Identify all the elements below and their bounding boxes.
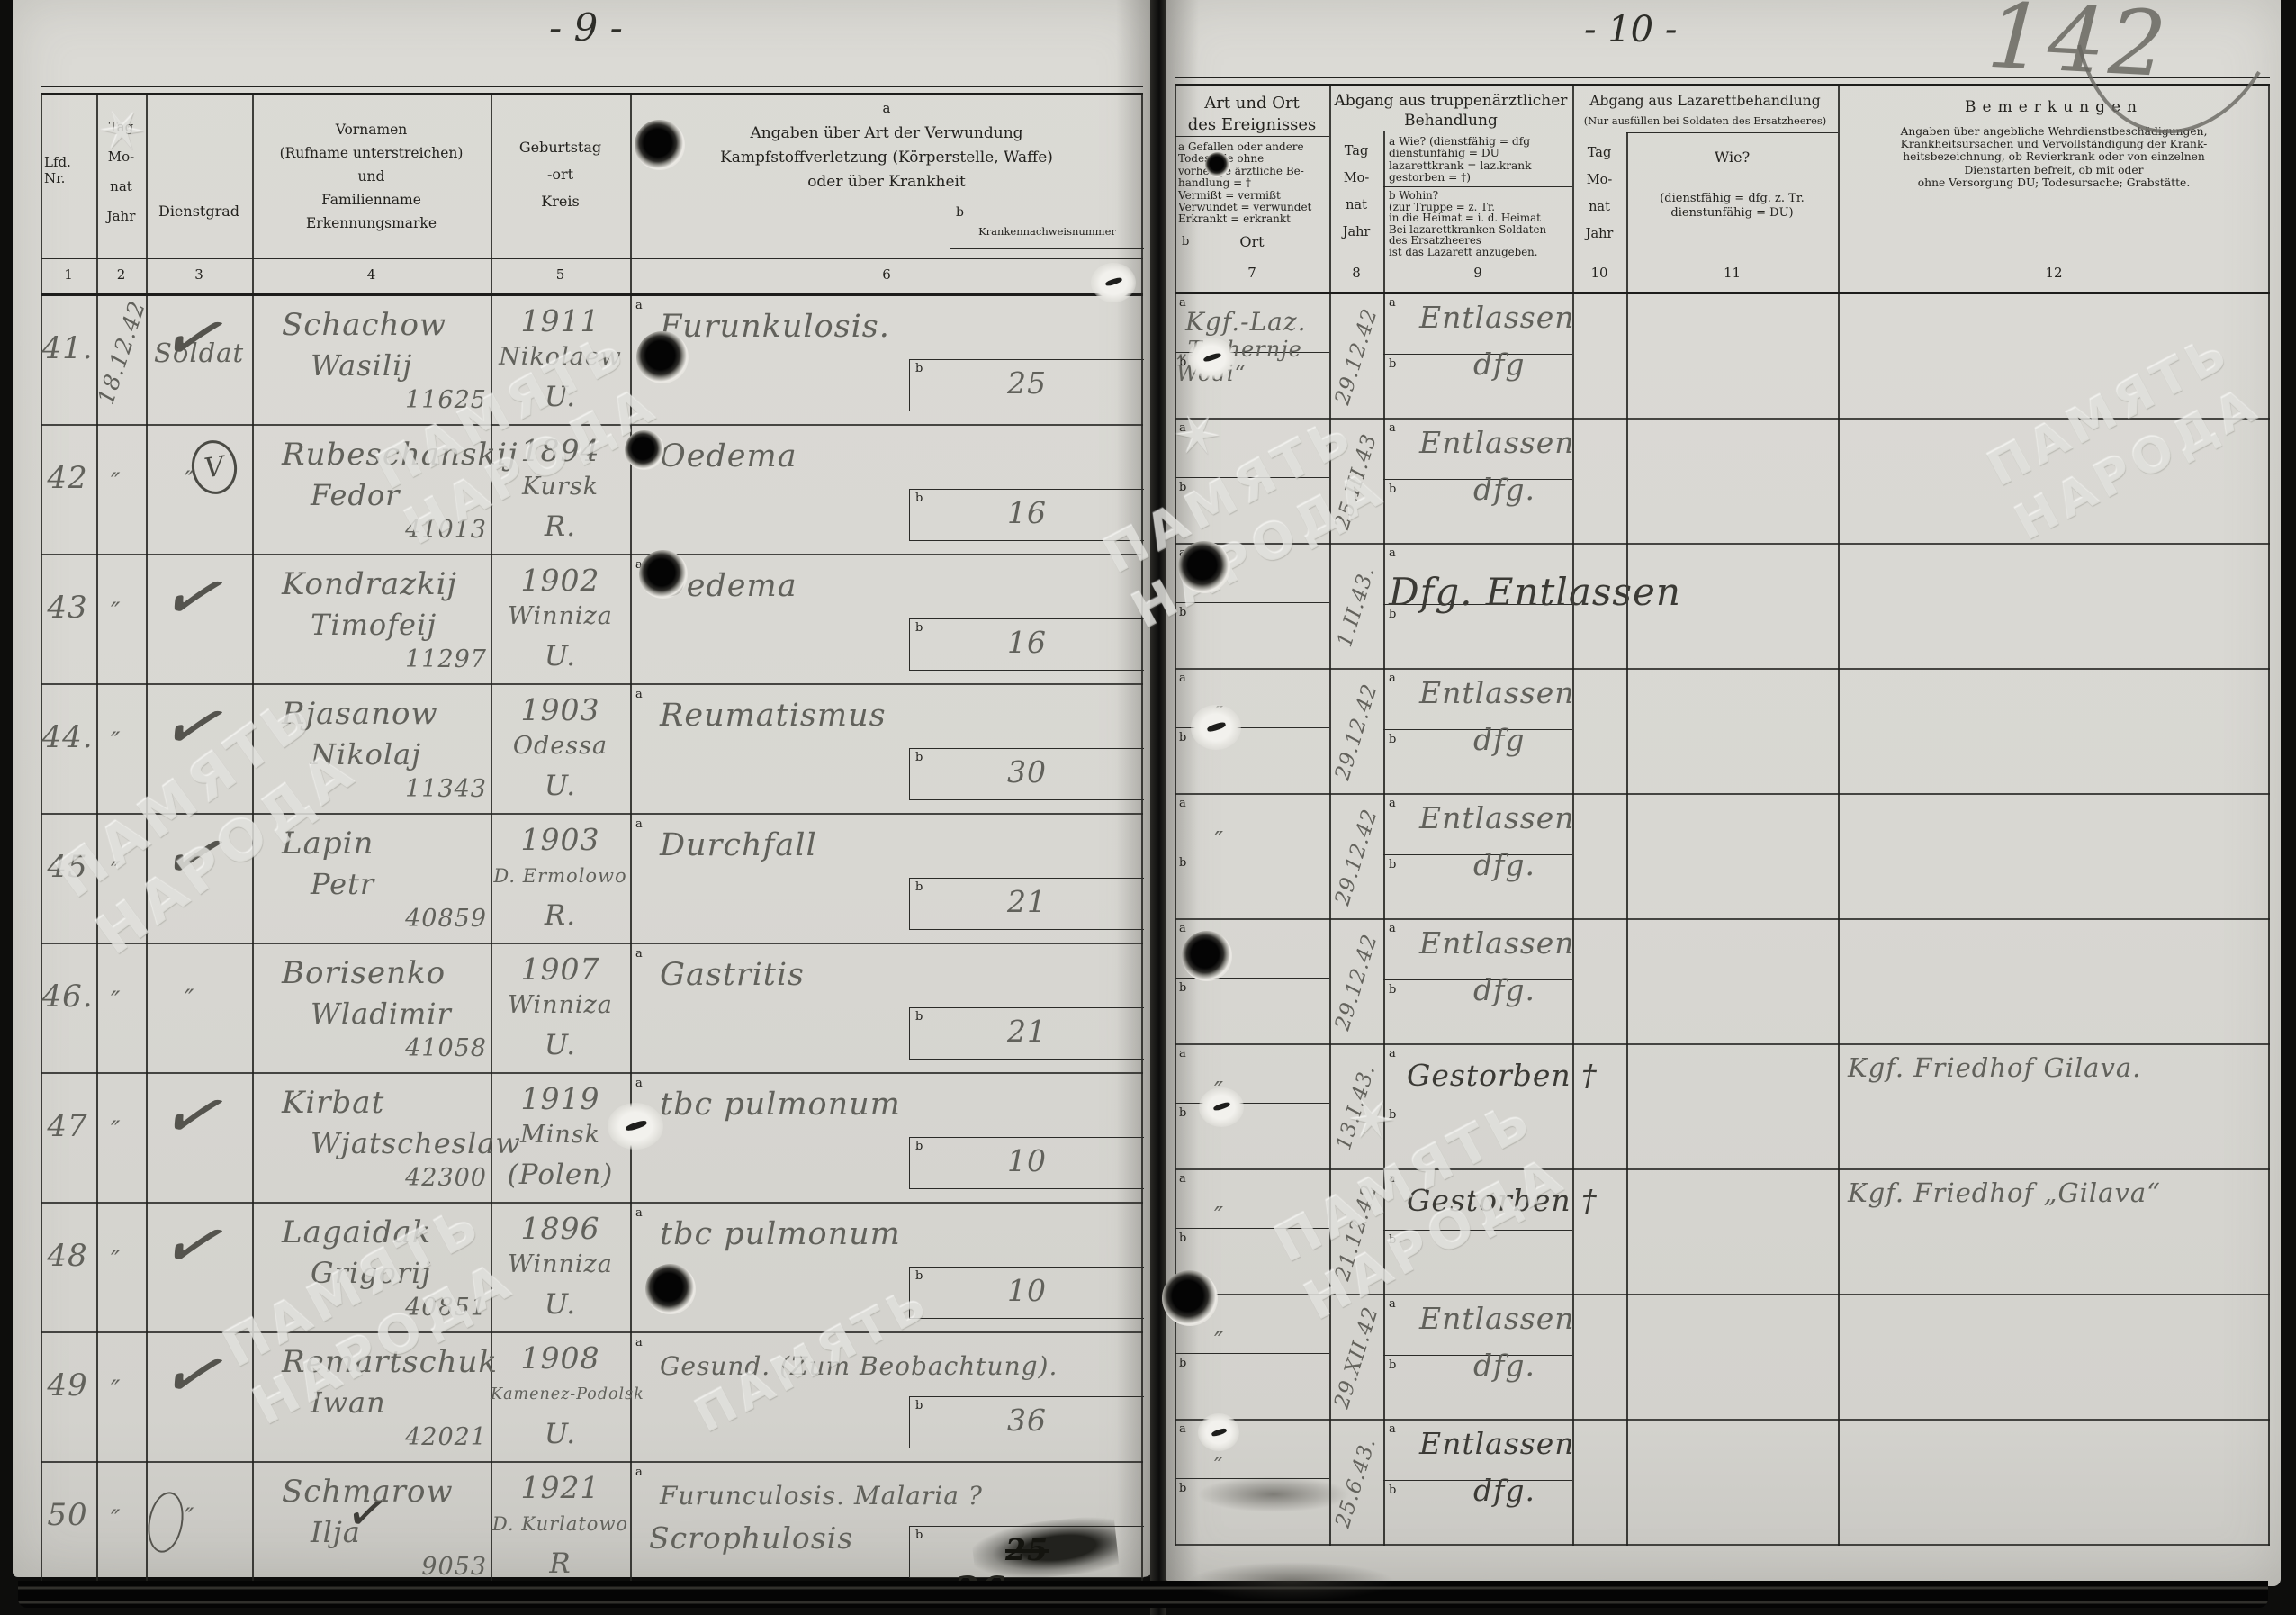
krankennachweis-number-box: b16 bbox=[909, 489, 1144, 541]
header-krankennachweis-box: b Krankennachweisnummer bbox=[950, 203, 1144, 249]
abgang-date: 25.III.43 bbox=[1329, 420, 1383, 543]
krankennachweis-number: 36 bbox=[910, 1403, 1144, 1438]
column-rule bbox=[1175, 86, 1176, 257]
first-name: Grigorij bbox=[311, 1256, 431, 1290]
diagnosis: tbc pulmonum bbox=[660, 1087, 901, 1123]
krankennachweis-number: 21 bbox=[910, 1014, 1144, 1049]
diagnosis: Furunkulosis. bbox=[660, 309, 890, 345]
abgang-wie: Gestorben † bbox=[1407, 1183, 1598, 1218]
birth-place: Nikolaew bbox=[491, 343, 630, 371]
first-name: Petr bbox=[311, 867, 374, 901]
sub-label-a: a bbox=[635, 688, 643, 701]
page-right: - 10 - Art und Ort des Ereignisses a Gef… bbox=[1165, 0, 2281, 1586]
birth-year: 1903 bbox=[491, 822, 630, 857]
pencil-check-mark: ✓ bbox=[150, 1329, 244, 1421]
first-name: Fedor bbox=[311, 478, 400, 512]
first-name: Wladimir bbox=[311, 997, 452, 1031]
left-table-header: Lfd. Nr. Tag Mo- nat Jahr Dienstgrad Vor… bbox=[41, 95, 1143, 259]
birth-kreis: U. bbox=[491, 770, 630, 802]
entry-number: 44. bbox=[41, 719, 95, 755]
sub-label-b: b bbox=[1179, 606, 1186, 619]
abgang-date-text: 25.III.43 bbox=[1331, 430, 1382, 531]
divider bbox=[1383, 131, 1572, 131]
col-number: 7 bbox=[1175, 265, 1329, 281]
ditto-mark: ″ bbox=[1214, 827, 1224, 855]
right-table-body: abKgf.-Laz.„Tschernje Wodi“29.12.42abEnt… bbox=[1175, 294, 2270, 1546]
abgang-date: 13.I.43. bbox=[1329, 1045, 1383, 1168]
register-row-left: 44.″″✓RjasanowNikolaj113431903OdessaU.aR… bbox=[41, 685, 1143, 815]
birth-place: Winniza bbox=[491, 602, 630, 630]
sub-label-a: a bbox=[635, 299, 643, 312]
register-scan: - 9 - Lfd. Nr. Tag Mo- nat Jahr Dienstgr… bbox=[0, 0, 2296, 1615]
register-row-right: ab25.III.43abEntlassendfg. bbox=[1175, 420, 2270, 545]
column-rule bbox=[146, 95, 148, 258]
register-row-right: ab″29.12.42abEntlassendfg. bbox=[1175, 795, 2270, 920]
abgang-date-text: 29.12.42 bbox=[1330, 681, 1382, 782]
sub-label-b: b bbox=[1389, 357, 1396, 371]
id-tag-number: 11625 bbox=[363, 386, 487, 414]
divider bbox=[1383, 1105, 1572, 1105]
sub-label-b: b bbox=[1179, 481, 1186, 494]
register-row-right: ab″29.XII.42abEntlassendfg. bbox=[1175, 1295, 2270, 1421]
sub-label-b: b bbox=[1179, 731, 1186, 744]
abgang-wie: Dfg. Entlassen bbox=[1389, 570, 1681, 614]
birth-year: 1896 bbox=[491, 1211, 630, 1246]
abgang-wohin: dfg bbox=[1473, 347, 1525, 382]
abgang-wie: Entlassen bbox=[1419, 925, 1575, 961]
paper-tear bbox=[1191, 705, 1241, 750]
page-number-right: - 10 - bbox=[1584, 9, 1677, 50]
punch-hole bbox=[625, 430, 664, 470]
sub-label-b: b bbox=[1389, 1108, 1396, 1122]
punch-hole bbox=[1182, 931, 1232, 981]
sub-label-b: b bbox=[1179, 1106, 1186, 1120]
pencil-swash bbox=[2070, 36, 2268, 171]
abgang-date: 29.12.42 bbox=[1329, 920, 1383, 1043]
column-rule bbox=[1572, 86, 1574, 257]
column-rule bbox=[1572, 257, 1574, 292]
birth-year: 1908 bbox=[491, 1340, 630, 1376]
sub-label-a: a bbox=[1179, 922, 1186, 935]
entry-date: ″ bbox=[111, 1504, 121, 1534]
column-rule bbox=[41, 259, 42, 293]
column-rule bbox=[1329, 257, 1331, 292]
header-c6-b-label: b bbox=[956, 205, 964, 220]
column-rule bbox=[2268, 86, 2270, 257]
birth-place: Winniza bbox=[491, 991, 630, 1019]
diagnosis: Reumatismus bbox=[660, 698, 887, 734]
entry-number: 50 bbox=[41, 1497, 95, 1533]
sub-label-b: b bbox=[1179, 981, 1186, 995]
sub-label-a: a bbox=[1389, 1422, 1396, 1436]
header-wohin-legend: b Wohin? (zur Truppe = z. Tr. in die Hei… bbox=[1389, 190, 1572, 258]
punch-hole bbox=[1178, 541, 1230, 593]
register-row-right: ab″29.12.42abEntlassendfg. bbox=[1175, 920, 2270, 1045]
id-tag-number: 9053 bbox=[363, 1553, 487, 1581]
sub-label-b: b bbox=[1389, 1484, 1396, 1497]
abgang-wie: Gestorben † bbox=[1407, 1058, 1598, 1093]
header-lfd-nr: Lfd. Nr. bbox=[44, 154, 96, 186]
diagnosis-second: Scrophulosis bbox=[649, 1520, 853, 1556]
sub-label-b: b bbox=[1179, 856, 1186, 870]
register-row-left: 50″″✓SchmarowIlja90531921D. KurlatowoRaF… bbox=[41, 1463, 1143, 1592]
pencil-oval-mark bbox=[143, 1489, 187, 1556]
divider bbox=[1175, 1228, 1329, 1229]
abgang-date-text: 29.12.42 bbox=[1330, 806, 1382, 907]
abgang-date-text: 29.XII.42 bbox=[1330, 1304, 1383, 1411]
birth-year: 1919 bbox=[491, 1081, 630, 1116]
birth-kreis: U. bbox=[491, 640, 630, 672]
ink-smudge bbox=[1197, 1476, 1350, 1512]
sub-label-a: a bbox=[1179, 1047, 1186, 1060]
entry-number: 49 bbox=[41, 1367, 95, 1403]
divider bbox=[1175, 230, 1329, 230]
surname: Borisenko bbox=[282, 955, 446, 991]
divider bbox=[1626, 132, 1838, 133]
rank: ″ bbox=[185, 984, 194, 1014]
krankennachweis-number: 10 bbox=[910, 1273, 1144, 1308]
birth-kreis: R bbox=[491, 1547, 630, 1580]
column-rule bbox=[630, 95, 632, 258]
header-c6-a-label: a bbox=[630, 100, 1143, 116]
punch-hole bbox=[636, 331, 689, 383]
register-row-right: ab1.II.43.abDfg. Entlassen bbox=[1175, 545, 2270, 670]
diagnosis: Gastritis bbox=[660, 957, 805, 993]
id-tag-number: 40851 bbox=[363, 1294, 487, 1322]
surname: Schmarow bbox=[282, 1474, 454, 1510]
circled-v-mark: V bbox=[188, 438, 240, 497]
ink-smudge bbox=[1188, 1562, 1395, 1601]
entry-number: 48 bbox=[41, 1238, 95, 1274]
birth-place: Odessa bbox=[491, 732, 630, 760]
sub-label-a: a bbox=[1389, 546, 1396, 560]
krankennachweis-number-box: b36 bbox=[909, 1396, 1144, 1448]
col-number: 11 bbox=[1626, 265, 1838, 281]
register-row-right: ab″21.12.42abGestorben †Kgf. Friedhof „G… bbox=[1175, 1170, 2270, 1295]
krankennachweis-number-box: b21 bbox=[909, 1007, 1144, 1060]
event-type: Kgf.-Laz. bbox=[1185, 307, 1307, 337]
divider bbox=[1175, 136, 1329, 137]
diagnosis: Gesund. (Zum Beobachtung). bbox=[660, 1351, 1058, 1381]
paper-tear bbox=[608, 1103, 663, 1150]
col-number: 8 bbox=[1329, 265, 1383, 281]
diagnosis: tbc pulmonum bbox=[660, 1216, 901, 1252]
col-number: 9 bbox=[1383, 265, 1572, 281]
surname: Kirbat bbox=[282, 1085, 384, 1121]
surname: Rubeschanskij bbox=[282, 437, 518, 473]
ditto-mark: ″ bbox=[1214, 1328, 1224, 1356]
header-krankennachweisnummer: Krankennachweisnummer bbox=[950, 225, 1144, 238]
header-ort: Ort bbox=[1175, 233, 1329, 250]
punch-hole bbox=[645, 1264, 696, 1314]
first-name: Nikolaj bbox=[311, 737, 421, 771]
abgang-wie: Entlassen bbox=[1419, 1301, 1575, 1336]
entry-number: 45 bbox=[41, 849, 95, 885]
abgang-date-text: 13.I.43. bbox=[1332, 1061, 1380, 1152]
id-tag-number: 41013 bbox=[363, 516, 487, 544]
sub-label-b: b bbox=[1389, 983, 1396, 997]
krankennachweis-number: 10 bbox=[910, 1143, 1144, 1178]
column-rule bbox=[146, 259, 148, 293]
punch-hole bbox=[635, 120, 685, 170]
register-row-right: ab″13.I.43.abGestorben †Kgf. Friedhof Gi… bbox=[1175, 1045, 2270, 1170]
krankennachweis-number: 25 bbox=[910, 365, 1144, 401]
register-row-left: 43″″✓KondrazkijTimofeij112971902WinnizaU… bbox=[41, 555, 1143, 685]
header-c7-legend: a Gefallen oder andere Todesfälle ohne v… bbox=[1178, 141, 1333, 226]
surname: Schachow bbox=[282, 307, 446, 343]
entry-date: ″ bbox=[111, 1115, 121, 1145]
abgang-date: 1.II.43. bbox=[1329, 545, 1383, 668]
entry-number: 46. bbox=[41, 979, 95, 1015]
paper-tear bbox=[1188, 338, 1235, 379]
surname: Kondrazkij bbox=[282, 566, 457, 602]
krankennachweis-number-box: b25 bbox=[909, 359, 1144, 411]
column-rule bbox=[630, 259, 632, 293]
col-number: 4 bbox=[252, 266, 491, 283]
column-rule bbox=[1383, 131, 1385, 257]
header-dienstgrad: Dienstgrad bbox=[146, 203, 252, 220]
id-tag-number: 11297 bbox=[363, 645, 487, 673]
column-rule bbox=[1141, 296, 1143, 1592]
birth-year: 1902 bbox=[491, 563, 630, 598]
column-rule bbox=[252, 259, 254, 293]
entry-date: ″ bbox=[111, 467, 121, 497]
column-rule bbox=[1838, 86, 1840, 257]
sub-label-a: a bbox=[1389, 1297, 1396, 1311]
sub-label-b: b bbox=[1179, 1482, 1186, 1495]
paper-tear bbox=[1198, 1413, 1239, 1451]
rank: ″ bbox=[185, 1502, 194, 1532]
krankennachweis-number: 16 bbox=[910, 495, 1144, 530]
pencil-check-mark: ✓ bbox=[150, 551, 244, 644]
column-rule bbox=[96, 259, 98, 293]
header-abgang-truppe: Abgang aus truppenärztlicher Behandlung bbox=[1329, 91, 1572, 131]
id-tag-number: 11343 bbox=[363, 775, 487, 803]
column-rule bbox=[252, 95, 254, 258]
column-rule bbox=[491, 259, 492, 293]
sub-label-a: a bbox=[1179, 421, 1186, 435]
birth-year: 1894 bbox=[491, 433, 630, 468]
sub-label-a: a bbox=[1389, 1172, 1396, 1186]
abgang-date-text: 29.12.42 bbox=[1330, 931, 1382, 1033]
abgang-wie: Entlassen bbox=[1419, 800, 1575, 835]
column-rule bbox=[1141, 259, 1143, 293]
entry-date: ″ bbox=[111, 856, 121, 886]
birth-year: 1903 bbox=[491, 692, 630, 727]
abgang-wie: Entlassen bbox=[1419, 1426, 1575, 1461]
abgang-date: 29.12.42 bbox=[1329, 294, 1383, 418]
surname: Remartschuk bbox=[282, 1344, 498, 1380]
register-row-left: 45″″✓LapinPetr408591903D. ErmolowoR.aDur… bbox=[41, 815, 1143, 944]
paper-tear bbox=[1091, 263, 1136, 302]
header-abgang-lazarett-sub: (Nur ausfüllen bei Soldaten des Ersatzhe… bbox=[1572, 114, 1838, 127]
entry-number: 43 bbox=[41, 590, 95, 626]
punch-hole bbox=[1205, 152, 1230, 177]
header-c11-legend: (dienstfähig = dfg. z. Tr. dienstunfähig… bbox=[1626, 192, 1838, 221]
col-number: 3 bbox=[146, 266, 252, 283]
register-row-left: 48″″✓LagaidakGrigorij408511896WinnizaU.a… bbox=[41, 1204, 1143, 1333]
krankennachweis-number-box: b10 bbox=[909, 1267, 1144, 1319]
birth-kreis: R. bbox=[491, 510, 630, 543]
id-tag-number: 42300 bbox=[363, 1164, 487, 1192]
pencil-check-mark: ✓ bbox=[150, 681, 244, 773]
header-datum: Tag Mo- nat Jahr bbox=[96, 113, 146, 231]
bemerkung: Kgf. Friedhof Gilava. bbox=[1848, 1052, 2271, 1083]
divider bbox=[1175, 602, 1329, 603]
birth-place: Kursk bbox=[491, 473, 630, 501]
abgang-date: 29.XII.42 bbox=[1329, 1295, 1383, 1419]
diagnosis: Durchfall bbox=[660, 827, 817, 863]
divider bbox=[1175, 1353, 1329, 1354]
birth-year: 1907 bbox=[491, 952, 630, 987]
header-c8-datum: Tag Mo- nat Jahr bbox=[1329, 138, 1383, 246]
sub-label-a: a bbox=[1389, 797, 1396, 810]
pencil-check-mark: ✓ bbox=[150, 1069, 244, 1162]
abgang-wie: Entlassen bbox=[1419, 300, 1575, 335]
abgang-date: 21.12.42 bbox=[1329, 1170, 1383, 1294]
left-table-body: 41.18.12.42Soldat✓SchachowWasilij1162519… bbox=[41, 296, 1143, 1592]
abgang-wohin: dfg. bbox=[1473, 972, 1535, 1007]
abgang-date: 29.12.42 bbox=[1329, 670, 1383, 793]
divider bbox=[1175, 1103, 1329, 1104]
krankennachweis-number: 30 bbox=[910, 754, 1144, 789]
divider bbox=[1383, 1230, 1572, 1231]
register-row-right: ab″29.12.42abEntlassendfg bbox=[1175, 670, 2270, 795]
id-tag-number: 42021 bbox=[363, 1423, 487, 1451]
sub-label-a: a bbox=[635, 1206, 643, 1220]
column-rule bbox=[1141, 95, 1143, 258]
register-row-left: 42″″VRubeschanskijFedor410131894KurskR.a… bbox=[41, 426, 1143, 555]
sub-label-a: a bbox=[1389, 922, 1396, 935]
abgang-wie: Entlassen bbox=[1419, 675, 1575, 710]
entry-date: ″ bbox=[111, 1375, 121, 1404]
header-geburtstag: Geburtstag -ort Kreis bbox=[491, 134, 630, 215]
first-name: Iwan bbox=[311, 1385, 386, 1420]
right-column-numbers: 7 8 9 10 11 12 bbox=[1175, 257, 2270, 294]
birth-kreis: U. bbox=[491, 381, 630, 413]
birth-year: 1911 bbox=[491, 303, 630, 338]
krankennachweis-number-box: b16 bbox=[909, 618, 1144, 671]
sub-label-a: a bbox=[1389, 1047, 1396, 1060]
sub-label-b: b bbox=[1179, 1357, 1186, 1370]
birth-kreis: (Polen) bbox=[491, 1159, 630, 1191]
col-number: 6 bbox=[630, 266, 1143, 283]
surname: Lapin bbox=[282, 826, 374, 862]
right-table: Art und Ort des Ereignisses a Gefallen o… bbox=[1175, 86, 2270, 1546]
first-name: Wjatscheslaw bbox=[311, 1126, 521, 1160]
sub-label-a: a bbox=[635, 947, 643, 961]
column-rule bbox=[1383, 257, 1385, 292]
sub-label-a: a bbox=[635, 1466, 643, 1479]
page-number-left: - 9 - bbox=[549, 5, 623, 50]
col-number: 2 bbox=[96, 266, 146, 283]
entry-number: 47 bbox=[41, 1108, 95, 1144]
sub-label-a: a bbox=[635, 817, 643, 831]
krankennachweis-number-box: b10 bbox=[909, 1137, 1144, 1189]
header-c11-wie: Wie? bbox=[1626, 149, 1838, 166]
diagnosis: Oedema bbox=[660, 438, 797, 474]
sub-label-b: b bbox=[1389, 858, 1396, 871]
col-number: 12 bbox=[1838, 265, 2270, 281]
abgang-wie: Entlassen bbox=[1419, 425, 1575, 460]
abgang-wohin: dfg bbox=[1473, 722, 1525, 757]
col-number: 1 bbox=[41, 266, 96, 283]
birth-place: Winniza bbox=[491, 1250, 630, 1278]
sub-label-a: a bbox=[1179, 797, 1186, 810]
divider bbox=[1175, 477, 1329, 478]
header-wie-legend: a Wie? (dienstfähig = dfg dienstunfähig … bbox=[1389, 136, 1572, 185]
register-row-right: abKgf.-Laz.„Tschernje Wodi“29.12.42abEnt… bbox=[1175, 294, 2270, 420]
entry-date: ″ bbox=[111, 986, 121, 1015]
paper-tear bbox=[1199, 1087, 1244, 1127]
pencil-check-mark: ✓ bbox=[150, 1199, 244, 1292]
punch-hole bbox=[639, 550, 688, 599]
id-tag-number: 40859 bbox=[363, 905, 487, 933]
sub-label-a: a bbox=[1179, 672, 1186, 685]
book-edge bbox=[18, 1581, 2268, 1608]
page-left: - 9 - Lfd. Nr. Tag Mo- nat Jahr Dienstgr… bbox=[13, 0, 1156, 1577]
book-binding bbox=[1150, 0, 1166, 1615]
krankennachweis-number-box: b30 bbox=[909, 748, 1144, 800]
birth-kreis: U. bbox=[491, 1029, 630, 1061]
sub-label-a: a bbox=[1179, 1422, 1186, 1436]
first-name: Timofeij bbox=[311, 608, 437, 642]
column-rule bbox=[1329, 86, 1331, 257]
left-column-numbers: 1 2 3 4 5 6 bbox=[41, 259, 1143, 296]
entry-date: ″ bbox=[111, 597, 121, 627]
birth-place: D. Ermolowo bbox=[491, 865, 630, 887]
left-table: Lfd. Nr. Tag Mo- nat Jahr Dienstgrad Vor… bbox=[41, 95, 1143, 1592]
column-rule bbox=[96, 95, 98, 258]
birth-kreis: R. bbox=[491, 899, 630, 932]
abgang-wohin: dfg. bbox=[1473, 1348, 1535, 1383]
column-rule bbox=[1838, 257, 1840, 292]
entry-date: ″ bbox=[111, 1245, 121, 1275]
entry-date: ″ bbox=[111, 726, 121, 756]
pencil-check-mark: ✓ bbox=[150, 810, 244, 903]
ditto-mark: ″ bbox=[1214, 1203, 1224, 1231]
divider bbox=[1383, 186, 1572, 187]
register-row-left: 49″″✓RemartschukIwan420211908Kamenez-Pod… bbox=[41, 1333, 1143, 1463]
col-number: 5 bbox=[491, 266, 630, 283]
bemerkung: Kgf. Friedhof „Gilava“ bbox=[1848, 1177, 2271, 1208]
column-rule bbox=[41, 95, 42, 258]
sub-label-a: a bbox=[635, 1336, 643, 1349]
abgang-wohin: dfg. bbox=[1473, 472, 1535, 507]
first-name: Ilja bbox=[311, 1515, 361, 1549]
abgang-date: 29.12.42 bbox=[1329, 795, 1383, 918]
birth-kreis: U. bbox=[491, 1288, 630, 1321]
sub-label-b: b bbox=[1389, 483, 1396, 496]
sub-label-b: b bbox=[1389, 1233, 1396, 1247]
sub-label-b: b bbox=[1389, 1358, 1396, 1372]
krankennachweis-number: 25 bbox=[910, 1532, 1144, 1567]
divider bbox=[1175, 853, 1329, 853]
surname: Rjasanow bbox=[282, 696, 438, 732]
birth-place: Kamenez-Podolsk bbox=[491, 1385, 630, 1403]
header-art-ort: Art und Ort des Ereignisses bbox=[1175, 93, 1329, 136]
sub-label-a: a bbox=[1179, 1172, 1186, 1186]
pencil-check-mark: ✓ bbox=[150, 292, 244, 384]
col-number: 10 bbox=[1572, 265, 1626, 281]
abgang-date-text: 21.12.42 bbox=[1330, 1181, 1382, 1283]
register-row-left: 41.18.12.42Soldat✓SchachowWasilij1162519… bbox=[41, 296, 1143, 426]
punch-hole bbox=[1162, 1270, 1218, 1326]
sub-label-a: a bbox=[1389, 672, 1396, 685]
column-rule bbox=[1175, 257, 1176, 292]
first-name: Wasilij bbox=[311, 348, 412, 383]
surname: Lagaidak bbox=[282, 1214, 431, 1250]
